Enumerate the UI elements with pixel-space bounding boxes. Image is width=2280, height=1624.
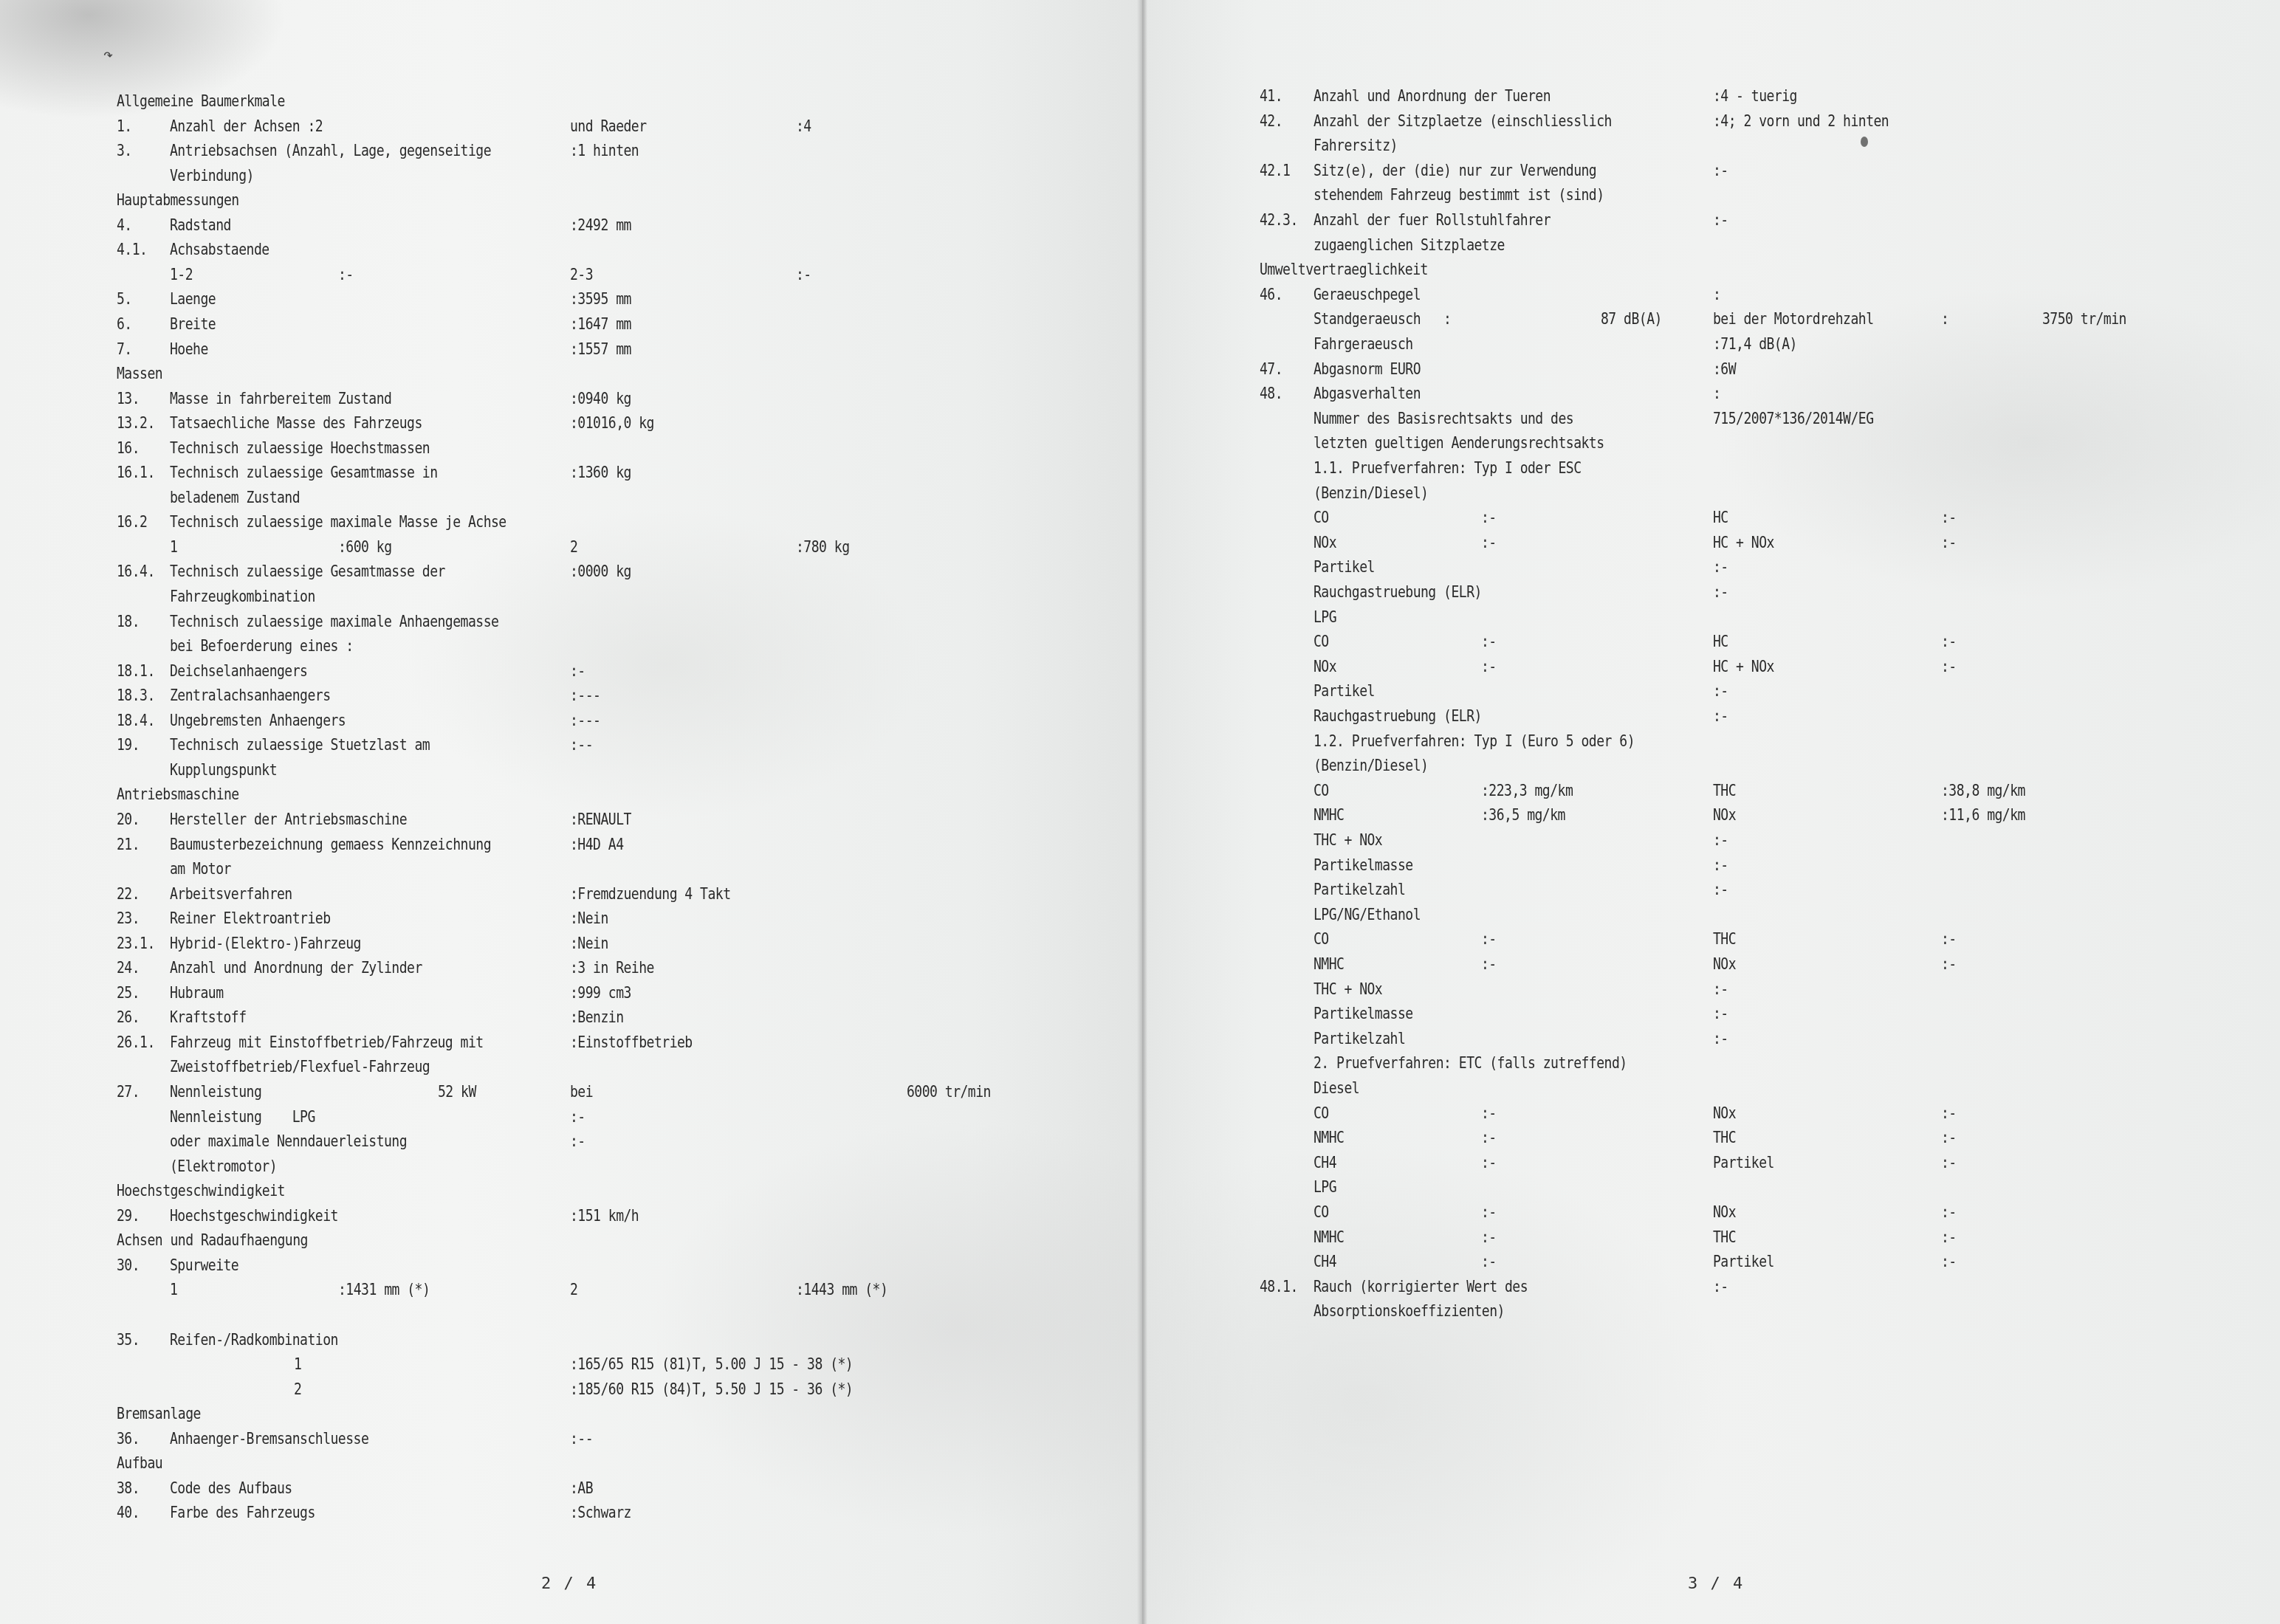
item-value: :1443 mm (*) <box>796 1279 887 1301</box>
spec-row: Partikelmasse:- <box>1260 854 2219 876</box>
spec-row: CO:-HC:- <box>1260 506 2219 529</box>
spec-row: CH4:-Partikel:- <box>1260 1152 2219 1174</box>
item-value: 715/2007*136/2014W/EG <box>1713 407 1873 430</box>
item-label: NOx <box>1314 656 1336 678</box>
item-value: :- <box>1941 1201 1957 1223</box>
item-value: :3 in Reihe <box>570 957 654 979</box>
item-value: THC <box>1713 1226 1736 1248</box>
spec-row: 6.Breite:1647 mm <box>117 313 1077 335</box>
item-value: :- <box>1481 1126 1497 1149</box>
spec-row: 3.Antriebsachsen (Anzahl, Lage, gegensei… <box>117 140 1077 162</box>
item-value: NOx <box>1713 1201 1736 1223</box>
spec-row: letzten gueltigen Aenderungsrechtsakts <box>1260 432 2219 454</box>
item-label: beladenem Zustand <box>170 486 300 509</box>
item-value: :- <box>1941 1226 1957 1248</box>
item-label: (Benzin/Diesel) <box>1314 482 1428 504</box>
spec-row: 47.Abgasnorm EURO:6W <box>1260 358 2219 380</box>
spec-row: (Elektromotor) <box>117 1155 1077 1177</box>
item-label: oder maximale Nenndauerleistung <box>170 1130 407 1152</box>
item-value: THC <box>1713 1126 1736 1149</box>
item-label: Rauch (korrigierter Wert des <box>1314 1276 1528 1298</box>
spec-row: CO:-HC:- <box>1260 630 2219 653</box>
section-heading: Massen <box>117 362 1077 385</box>
item-label: Reiner Elektroantrieb <box>170 907 330 929</box>
spec-row: 1-2:-2-3:- <box>117 264 1077 286</box>
item-label: Anzahl der Sitzplaetze (einschliesslich <box>1314 110 1612 132</box>
item-value: :-- <box>570 734 593 756</box>
item-label: THC + NOx <box>1314 978 1382 1000</box>
page-number-right: 3 / 4 <box>1688 1575 1744 1593</box>
spec-row: am Motor <box>117 858 1077 880</box>
item-value: THC <box>1713 928 1736 950</box>
item-label: CO <box>1314 780 1329 802</box>
item-label: CO <box>1314 1201 1329 1223</box>
spec-row: 2. Pruefverfahren: ETC (falls zutreffend… <box>1260 1052 2219 1074</box>
item-value: :Fremdzuendung 4 Takt <box>570 883 730 905</box>
spec-row: NMHC:-THC:- <box>1260 1226 2219 1248</box>
item-number: 21. <box>117 833 140 856</box>
spec-row: CO:-NOx:- <box>1260 1102 2219 1124</box>
item-value: :- <box>1481 953 1497 975</box>
item-number: 16. <box>117 437 140 459</box>
item-value: :- <box>1941 953 1957 975</box>
spec-row: NOx:-HC + NOx:- <box>1260 531 2219 554</box>
item-label: Standgeraeusch : <box>1314 308 1451 330</box>
item-number: 27. <box>117 1081 140 1103</box>
item-number: 42.1 <box>1260 159 1290 182</box>
spec-row: NMHC:36,5 mg/kmNOx:11,6 mg/km <box>1260 804 2219 826</box>
item-value: :- <box>1713 878 1728 901</box>
item-value: 52 kW <box>438 1081 476 1103</box>
item-label: Antriebsachsen (Anzahl, Lage, gegenseiti… <box>170 140 491 162</box>
item-label: Baumusterbezeichnung gemaess Kennzeichnu… <box>170 833 491 856</box>
spec-row: 27.Nennleistung52 kWbei6000 tr/min <box>117 1081 1077 1103</box>
spec-row: Partikelzahl:- <box>1260 878 2219 901</box>
item-label: zugaenglichen Sitzplaetze <box>1314 234 1505 256</box>
spec-row: 23.Reiner Elektroantrieb:Nein <box>117 907 1077 929</box>
spec-row: LPG <box>1260 606 2219 628</box>
item-label: Reifen-/Radkombination <box>170 1329 338 1351</box>
spec-row: 16.2Technisch zulaessige maximale Masse … <box>117 511 1077 533</box>
item-label: Nennleistung <box>170 1081 261 1103</box>
spec-row: 22.Arbeitsverfahren:Fremdzuendung 4 Takt <box>117 883 1077 905</box>
item-number: 20. <box>117 808 140 830</box>
spec-row: Nennleistung LPG:- <box>117 1106 1077 1128</box>
item-label: Zentralachsanhaengers <box>170 684 330 706</box>
item-label: Spurweite <box>170 1254 238 1276</box>
item-label: Fahrzeugkombination <box>170 585 315 608</box>
spec-row: 21.Baumusterbezeichnung gemaess Kennzeic… <box>117 833 1077 856</box>
spec-row: THC + NOx:- <box>1260 829 2219 851</box>
item-number: 23. <box>117 907 140 929</box>
spec-row: Kupplungspunkt <box>117 759 1077 781</box>
spec-row: CO:-THC:- <box>1260 928 2219 950</box>
item-number: 26.1. <box>117 1031 155 1053</box>
spec-row: 38.Code des Aufbaus:AB <box>117 1477 1077 1499</box>
spec-row: CH4:-Partikel:- <box>1260 1250 2219 1273</box>
item-value: :71,4 dB(A) <box>1713 333 1797 355</box>
item-label: Partikelmasse <box>1314 854 1413 876</box>
item-number: 6. <box>117 313 132 335</box>
item-label: Laenge <box>170 288 216 310</box>
item-number: 13. <box>117 388 140 410</box>
spec-row: 18.Technisch zulaessige maximale Anhaeng… <box>117 610 1077 633</box>
item-number: 18.1. <box>117 660 155 682</box>
item-value: :- <box>1713 159 1728 182</box>
item-label: Nennleistung LPG <box>170 1106 315 1128</box>
item-label: Rauchgastruebung (ELR) <box>1314 581 1482 603</box>
item-value: :- <box>338 264 354 286</box>
item-number: 42.3. <box>1260 209 1298 231</box>
item-value: :0940 kg <box>570 388 631 410</box>
spec-row: 13.2.Tatsaechliche Masse des Fahrzeugs:0… <box>117 412 1077 434</box>
spec-row: Nummer des Basisrechtsakts und des715/20… <box>1260 407 2219 430</box>
item-label: Technisch zulaessige maximale Masse je A… <box>170 511 507 533</box>
item-value: :780 kg <box>796 536 850 558</box>
item-label: am Motor <box>170 858 231 880</box>
item-label: Zweistoffbetrieb/Flexfuel-Fahrzeug <box>170 1056 430 1078</box>
item-label: Abgasverhalten <box>1314 382 1421 405</box>
spec-row: Diesel <box>1260 1077 2219 1099</box>
item-value: :- <box>1481 531 1497 554</box>
spec-row: 16.4.Technisch zulaessige Gesamtmasse de… <box>117 560 1077 582</box>
spec-row: 26.Kraftstoff:Benzin <box>117 1006 1077 1028</box>
item-label: Technisch zulaessige Stuetzlast am <box>170 734 430 756</box>
item-number: 36. <box>117 1428 140 1450</box>
item-number: 16.2 <box>117 511 147 533</box>
item-label: Verbindung) <box>170 165 254 187</box>
section-title: Allgemeine Baumerkmale <box>117 90 285 112</box>
item-value: HC <box>1713 630 1728 653</box>
item-label: Anzahl und Anordnung der Zylinder <box>170 957 422 979</box>
spec-row: 41.Anzahl und Anordnung der Tueren:4 - t… <box>1260 85 2219 107</box>
item-label: Nummer des Basisrechtsakts und des <box>1314 407 1573 430</box>
item-value: :223,3 mg/km <box>1481 780 1573 802</box>
spec-row: Partikelmasse:- <box>1260 1002 2219 1025</box>
item-label: Partikelzahl <box>1314 878 1405 901</box>
spec-row: Rauchgastruebung (ELR):- <box>1260 581 2219 603</box>
item-value: :- <box>1941 1152 1957 1174</box>
item-value: :999 cm3 <box>570 982 631 1004</box>
spec-row: CO:-NOx:- <box>1260 1201 2219 1223</box>
item-value: :- <box>1713 1276 1728 1298</box>
item-value: :- <box>1481 630 1497 653</box>
item-value: :- <box>1941 531 1957 554</box>
section-heading: Antriebsmaschine <box>117 783 1077 805</box>
spec-row: LPG/NG/Ethanol <box>1260 904 2219 926</box>
item-number: 25. <box>117 982 140 1004</box>
spec-row: LPG <box>1260 1176 2219 1198</box>
item-value: :- <box>796 264 811 286</box>
item-label: LPG <box>1314 606 1336 628</box>
spec-row: 29.Hoechstgeschwindigkeit:151 km/h <box>117 1205 1077 1227</box>
item-value: :1431 mm (*) <box>338 1279 430 1301</box>
item-label: 1 <box>170 536 177 558</box>
spec-row: 20.Hersteller der Antriebsmaschine:RENAU… <box>117 808 1077 830</box>
spec-row: 48.Abgasverhalten: <box>1260 382 2219 405</box>
item-label: Partikelmasse <box>1314 1002 1413 1025</box>
spec-row: THC + NOx:- <box>1260 978 2219 1000</box>
item-value: 2 <box>570 536 577 558</box>
spec-row: Partikel:- <box>1260 680 2219 702</box>
item-label: Anzahl der fuer Rollstuhlfahrer <box>1314 209 1551 231</box>
item-value: HC + NOx <box>1713 656 1774 678</box>
spec-row: 1:165/65 R15 (81)T, 5.00 J 15 - 38 (*) <box>117 1353 1077 1375</box>
item-value: :RENAULT <box>570 808 631 830</box>
item-value: bei der Motordrehzahl <box>1713 308 1873 330</box>
item-value: 87 dB(A) <box>1601 308 1662 330</box>
item-value: :- <box>1481 1201 1497 1223</box>
item-label: NMHC <box>1314 1226 1344 1248</box>
item-value: :Nein <box>570 907 608 929</box>
item-number: 23.1. <box>117 932 155 954</box>
item-value: :- <box>1941 506 1957 529</box>
item-value: :151 km/h <box>570 1205 639 1227</box>
item-number: 13.2. <box>117 412 155 434</box>
item-number: 48. <box>1260 382 1282 405</box>
item-label: Masse in fahrbereitem Zustand <box>170 388 391 410</box>
spec-row: 35.Reifen-/Radkombination <box>117 1329 1077 1351</box>
spec-row: 18.4.Ungebremsten Anhaengers:--- <box>117 709 1077 732</box>
item-label: Partikelzahl <box>1314 1028 1405 1050</box>
section-title: Hoechstgeschwindigkeit <box>117 1180 285 1202</box>
item-label: NMHC <box>1314 804 1344 826</box>
item-number: 30. <box>117 1254 140 1276</box>
item-label: 1 <box>170 1279 177 1301</box>
section-title: Achsen und Radaufhaengung <box>117 1229 308 1251</box>
item-value: :165/65 R15 (81)T, 5.00 J 15 - 38 (*) <box>570 1353 853 1375</box>
item-value: :- <box>1481 928 1497 950</box>
item-value: Partikel <box>1713 1250 1774 1273</box>
item-value: und Raeder <box>570 115 647 137</box>
item-label: CO <box>1314 928 1329 950</box>
item-number: 29. <box>117 1205 140 1227</box>
spec-row: 4.1.Achsabstaende <box>117 238 1077 261</box>
spec-row: Rauchgastruebung (ELR):- <box>1260 705 2219 727</box>
item-label: LPG <box>1314 1176 1336 1198</box>
spec-row: 19.Technisch zulaessige Stuetzlast am:-- <box>117 734 1077 756</box>
section-heading: Bremsanlage <box>117 1403 1077 1425</box>
section-heading: Umweltvertraeglichkeit <box>1260 258 2219 281</box>
item-value: :Einstoffbetrieb <box>570 1031 693 1053</box>
item-label: Anhaenger-Bremsanschluesse <box>170 1428 368 1450</box>
spec-row: Fahrzeugkombination <box>117 585 1077 608</box>
spec-row: Fahrgeraeusch:71,4 dB(A) <box>1260 333 2219 355</box>
item-label: Breite <box>170 313 216 335</box>
section-title: Bremsanlage <box>117 1403 201 1425</box>
item-value: : <box>1713 283 1720 306</box>
spec-row: 23.1.Hybrid-(Elektro-)Fahrzeug:Nein <box>117 932 1077 954</box>
item-value: :2492 mm <box>570 214 631 236</box>
item-label: CH4 <box>1314 1152 1336 1174</box>
item-value: NOx <box>1713 804 1736 826</box>
item-value: NOx <box>1713 1102 1736 1124</box>
item-label: Geraeuschpegel <box>1314 283 1421 306</box>
item-value: :1647 mm <box>570 313 631 335</box>
spec-row: bei Befoerderung eines : <box>117 635 1077 657</box>
tyre-index: 2 <box>294 1378 301 1400</box>
spec-row: 48.1.Rauch (korrigierter Wert des:- <box>1260 1276 2219 1298</box>
item-value: :600 kg <box>338 536 392 558</box>
item-value: :-- <box>570 1428 593 1450</box>
spec-row: 25.Hubraum:999 cm3 <box>117 982 1077 1004</box>
item-value: :- <box>1481 1250 1497 1273</box>
spec-row: 18.1.Deichselanhaengers:- <box>117 660 1077 682</box>
spec-row: (Benzin/Diesel) <box>1260 482 2219 504</box>
item-label: Hoehe <box>170 338 208 360</box>
item-label: Hubraum <box>170 982 224 1004</box>
item-value: : <box>1713 382 1720 405</box>
item-value: 2-3 <box>570 264 593 286</box>
item-label: Deichselanhaengers <box>170 660 307 682</box>
item-label: CH4 <box>1314 1250 1336 1273</box>
section-heading: Allgemeine Baumerkmale <box>117 90 1077 112</box>
item-label: Rauchgastruebung (ELR) <box>1314 705 1482 727</box>
item-value: :- <box>1481 1226 1497 1248</box>
spec-row: beladenem Zustand <box>117 486 1077 509</box>
item-value: :--- <box>570 684 600 706</box>
item-label: Partikel <box>1314 556 1375 578</box>
spec-row: 24.Anzahl und Anordnung der Zylinder:3 i… <box>117 957 1077 979</box>
item-value: :- <box>1941 928 1957 950</box>
item-number: 24. <box>117 957 140 979</box>
spec-row: Partikelzahl:- <box>1260 1028 2219 1050</box>
item-value: :- <box>1713 1028 1728 1050</box>
item-value: :01016,0 kg <box>570 412 654 434</box>
item-value: :6W <box>1713 358 1736 380</box>
item-value: :38,8 mg/km <box>1941 780 2025 802</box>
item-number: 48.1. <box>1260 1276 1298 1298</box>
item-value: THC <box>1713 780 1736 802</box>
spec-row: (Benzin/Diesel) <box>1260 754 2219 777</box>
tyre-index: 1 <box>294 1353 301 1375</box>
item-number: 1. <box>117 115 132 137</box>
item-number: 26. <box>117 1006 140 1028</box>
spec-row: 2:185/60 R15 (84)T, 5.50 J 15 - 36 (*) <box>117 1378 1077 1400</box>
item-label: Technisch zulaessige Gesamtmasse der <box>170 560 445 582</box>
item-label: 1.1. Pruefverfahren: Typ I oder ESC <box>1314 457 1582 479</box>
item-number: 18.4. <box>117 709 155 732</box>
item-value: :Nein <box>570 932 608 954</box>
item-number: 4. <box>117 214 132 236</box>
item-label: Technisch zulaessige Hoechstmassen <box>170 437 430 459</box>
spec-row: 7.Hoehe:1557 mm <box>117 338 1077 360</box>
page-number-left: 2 / 4 <box>541 1575 597 1593</box>
item-value: bei <box>570 1081 593 1103</box>
item-label: CO <box>1314 630 1329 653</box>
item-label: Fahrgeraeusch <box>1314 333 1413 355</box>
item-number: 5. <box>117 288 132 310</box>
item-label: 1-2 <box>170 264 193 286</box>
spec-row: Standgeraeusch :87 dB(A)bei der Motordre… <box>1260 308 2219 330</box>
item-value: :- <box>570 1106 586 1128</box>
item-number: 18. <box>117 610 140 633</box>
spec-row: 18.3.Zentralachsanhaengers:--- <box>117 684 1077 706</box>
item-value: :- <box>570 660 586 682</box>
item-value: 2 <box>570 1279 577 1301</box>
item-value: :- <box>1713 209 1728 231</box>
item-label: Kupplungspunkt <box>170 759 277 781</box>
section-heading: Hoechstgeschwindigkeit <box>117 1180 1077 1202</box>
spec-row: 36.Anhaenger-Bremsanschluesse:-- <box>117 1428 1077 1450</box>
item-label: LPG/NG/Ethanol <box>1314 904 1421 926</box>
spec-row: 42.Anzahl der Sitzplaetze (einschliessli… <box>1260 110 2219 132</box>
item-value: 3750 tr/min <box>2042 308 2126 330</box>
item-value: :4 - tuerig <box>1713 85 1797 107</box>
item-label: CO <box>1314 1102 1329 1124</box>
item-value: :- <box>1713 556 1728 578</box>
item-label: 2. Pruefverfahren: ETC (falls zutreffend… <box>1314 1052 1627 1074</box>
spec-row: oder maximale Nenndauerleistung:- <box>117 1130 1077 1152</box>
item-label: Hoechstgeschwindigkeit <box>170 1205 338 1227</box>
page-fold-spine <box>1137 0 1147 1624</box>
spec-row: CO:223,3 mg/kmTHC:38,8 mg/km <box>1260 780 2219 802</box>
item-value: HC <box>1713 506 1728 529</box>
item-label: Hersteller der Antriebsmaschine <box>170 808 407 830</box>
item-label: Diesel <box>1314 1077 1359 1099</box>
item-value: :0000 kg <box>570 560 631 582</box>
spec-row: 42.3.Anzahl der fuer Rollstuhlfahrer:- <box>1260 209 2219 231</box>
item-value: :4; 2 vorn und 2 hinten <box>1713 110 1889 132</box>
item-value: :- <box>1481 1102 1497 1124</box>
item-label: 1.2. Pruefverfahren: Typ I (Euro 5 oder … <box>1314 730 1635 752</box>
spec-row: Partikel:- <box>1260 556 2219 578</box>
item-value: HC + NOx <box>1713 531 1774 554</box>
item-number: 18.3. <box>117 684 155 706</box>
spec-row: 1:600 kg2:780 kg <box>117 536 1077 558</box>
item-label: Tatsaechliche Masse des Fahrzeugs <box>170 412 422 434</box>
spec-row: 1.Anzahl der Achsen :2und Raeder:4 <box>117 115 1077 137</box>
item-value: :- <box>1713 854 1728 876</box>
spec-row: 5.Laenge:3595 mm <box>117 288 1077 310</box>
item-label: NOx <box>1314 531 1336 554</box>
spec-row: zugaenglichen Sitzplaetze <box>1260 234 2219 256</box>
item-value: :- <box>1713 1002 1728 1025</box>
section-title: Antriebsmaschine <box>117 783 239 805</box>
item-label: Farbe des Fahrzeugs <box>170 1501 315 1524</box>
item-value: :- <box>1481 506 1497 529</box>
item-value: :- <box>1941 1102 1957 1124</box>
section-heading: Hauptabmessungen <box>117 189 1077 211</box>
item-value: :--- <box>570 709 600 732</box>
item-value: :- <box>1941 1250 1957 1273</box>
item-label: Anzahl und Anordnung der Tueren <box>1314 85 1551 107</box>
item-number: 4.1. <box>117 238 147 261</box>
item-value: :1557 mm <box>570 338 631 360</box>
spec-row: 30.Spurweite <box>117 1254 1077 1276</box>
section-title: Massen <box>117 362 162 385</box>
item-value: :36,5 mg/km <box>1481 804 1565 826</box>
item-number: 19. <box>117 734 140 756</box>
item-number: 38. <box>117 1477 140 1499</box>
spec-row: 42.1Sitz(e), der (die) nur zur Verwendun… <box>1260 159 2219 182</box>
section-heading: Aufbau <box>117 1452 1077 1474</box>
spec-row: Absorptionskoeffizienten) <box>1260 1300 2219 1322</box>
item-value: :- <box>1481 656 1497 678</box>
spec-row: 16.Technisch zulaessige Hoechstmassen <box>117 437 1077 459</box>
item-number: 41. <box>1260 85 1282 107</box>
item-label: stehendem Fahrzeug bestimmt ist (sind) <box>1314 184 1604 206</box>
item-value: :AB <box>570 1477 593 1499</box>
item-number: 3. <box>117 140 132 162</box>
item-value: :Benzin <box>570 1006 624 1028</box>
item-label: NMHC <box>1314 953 1344 975</box>
spec-row: stehendem Fahrzeug bestimmt ist (sind) <box>1260 184 2219 206</box>
item-label: Fahrzeug mit Einstoffbetrieb/Fahrzeug mi… <box>170 1031 484 1053</box>
item-label: (Elektromotor) <box>170 1155 277 1177</box>
item-label: NMHC <box>1314 1126 1344 1149</box>
item-value: NOx <box>1713 953 1736 975</box>
